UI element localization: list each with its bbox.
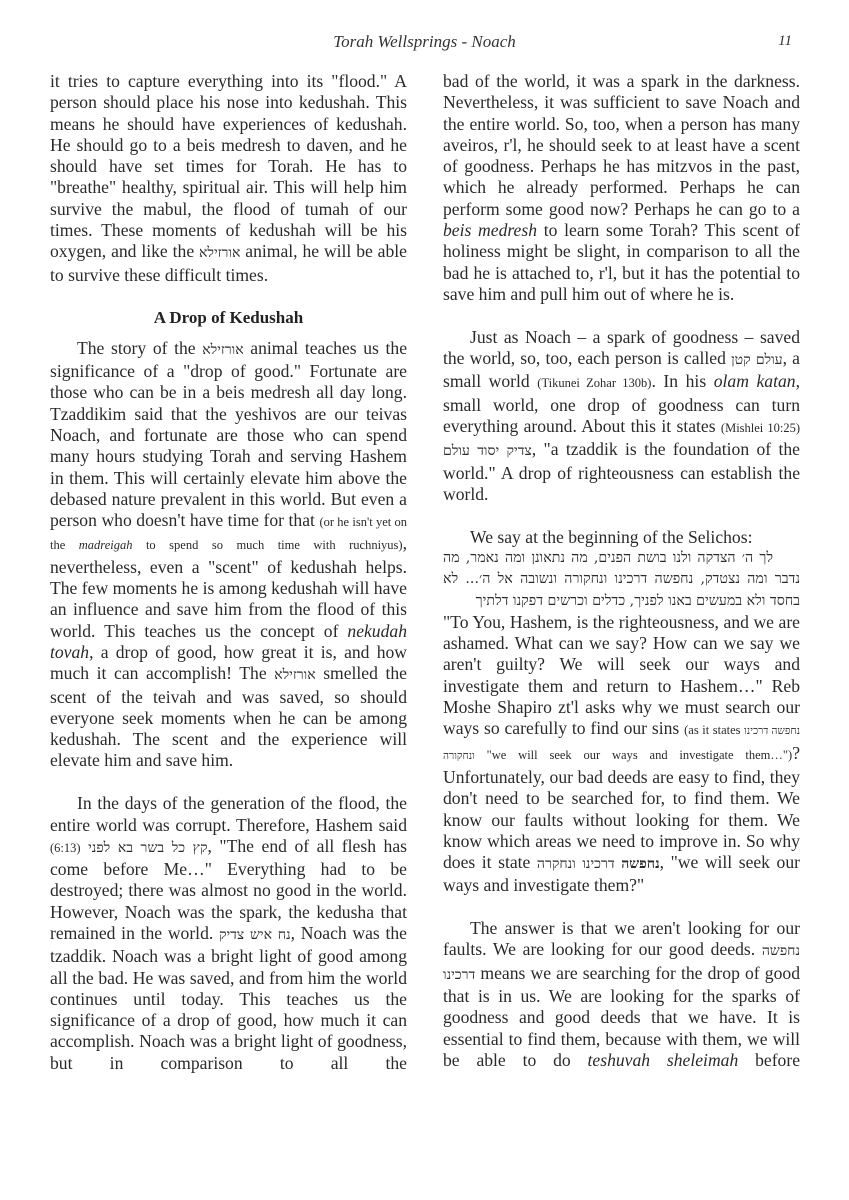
source-reference: (Mishlei 10:25) xyxy=(721,421,800,435)
hebrew-term: אורזילא xyxy=(202,342,243,358)
italic-term: olam katan xyxy=(714,371,796,391)
text: . In his xyxy=(651,371,713,391)
hebrew-term: אורזילא xyxy=(274,667,315,683)
hebrew-selichos-quote: לך ה׳ הצדקה ולנו בושת הפנים, מה נתאונן ו… xyxy=(443,548,800,612)
paragraph: The story of the אורזילא animal teaches … xyxy=(50,338,407,772)
source-reference: (Tikunei Zohar 130b) xyxy=(537,376,651,390)
text: We say at the beginning of the Selichos: xyxy=(470,527,752,547)
italic-term: teshuvah sheleimah xyxy=(588,1050,739,1070)
text: animal teaches us the significance of a … xyxy=(50,338,407,530)
text: In the days of the generation of the flo… xyxy=(50,793,407,834)
paragraph: In the days of the generation of the flo… xyxy=(50,793,407,1074)
right-column: bad of the world, it was a spark in the … xyxy=(443,71,800,1071)
section-heading: A Drop of Kedushah xyxy=(50,307,407,328)
paragraph: Just as Noach – a spark of goodness – sa… xyxy=(443,327,800,505)
text: bad of the world, it was a spark in the … xyxy=(443,71,800,219)
left-column: it tries to capture everything into its … xyxy=(50,71,407,1074)
paragraph: bad of the world, it was a spark in the … xyxy=(443,71,800,305)
text: The answer is that we aren't looking for… xyxy=(443,918,800,959)
paragraph: The answer is that we aren't looking for… xyxy=(443,918,800,1071)
hebrew-quote: קץ כל בשר בא לפני xyxy=(88,840,207,856)
hebrew-quote: צדיק יסוד עולם xyxy=(443,443,532,459)
paragraph: it tries to capture everything into its … xyxy=(50,71,407,286)
hebrew-term: עולם קטן xyxy=(731,352,783,368)
source-reference: (6:13) xyxy=(50,841,81,855)
text: it tries to capture everything into its … xyxy=(50,71,407,261)
text: The story of the xyxy=(77,338,202,358)
text: before xyxy=(738,1050,800,1070)
running-header: Torah Wellsprings - Noach 11 xyxy=(0,32,849,58)
hebrew-quote: נח איש צדיק xyxy=(219,927,291,943)
paragraph: We say at the beginning of the Selichos:… xyxy=(443,527,800,897)
hebrew-term: אורזילא xyxy=(199,245,240,261)
hebrew-quote: נחפשה דרכינו ונחקרה xyxy=(537,856,660,872)
text: , Noach was the tzaddik. Noach was a bri… xyxy=(50,923,407,1073)
italic-term: beis medresh xyxy=(443,220,537,240)
book-title: Torah Wellsprings - Noach xyxy=(0,32,849,52)
text: "To You, Hashem, is the righteousness, a… xyxy=(443,612,800,738)
page-number: 11 xyxy=(778,33,792,50)
